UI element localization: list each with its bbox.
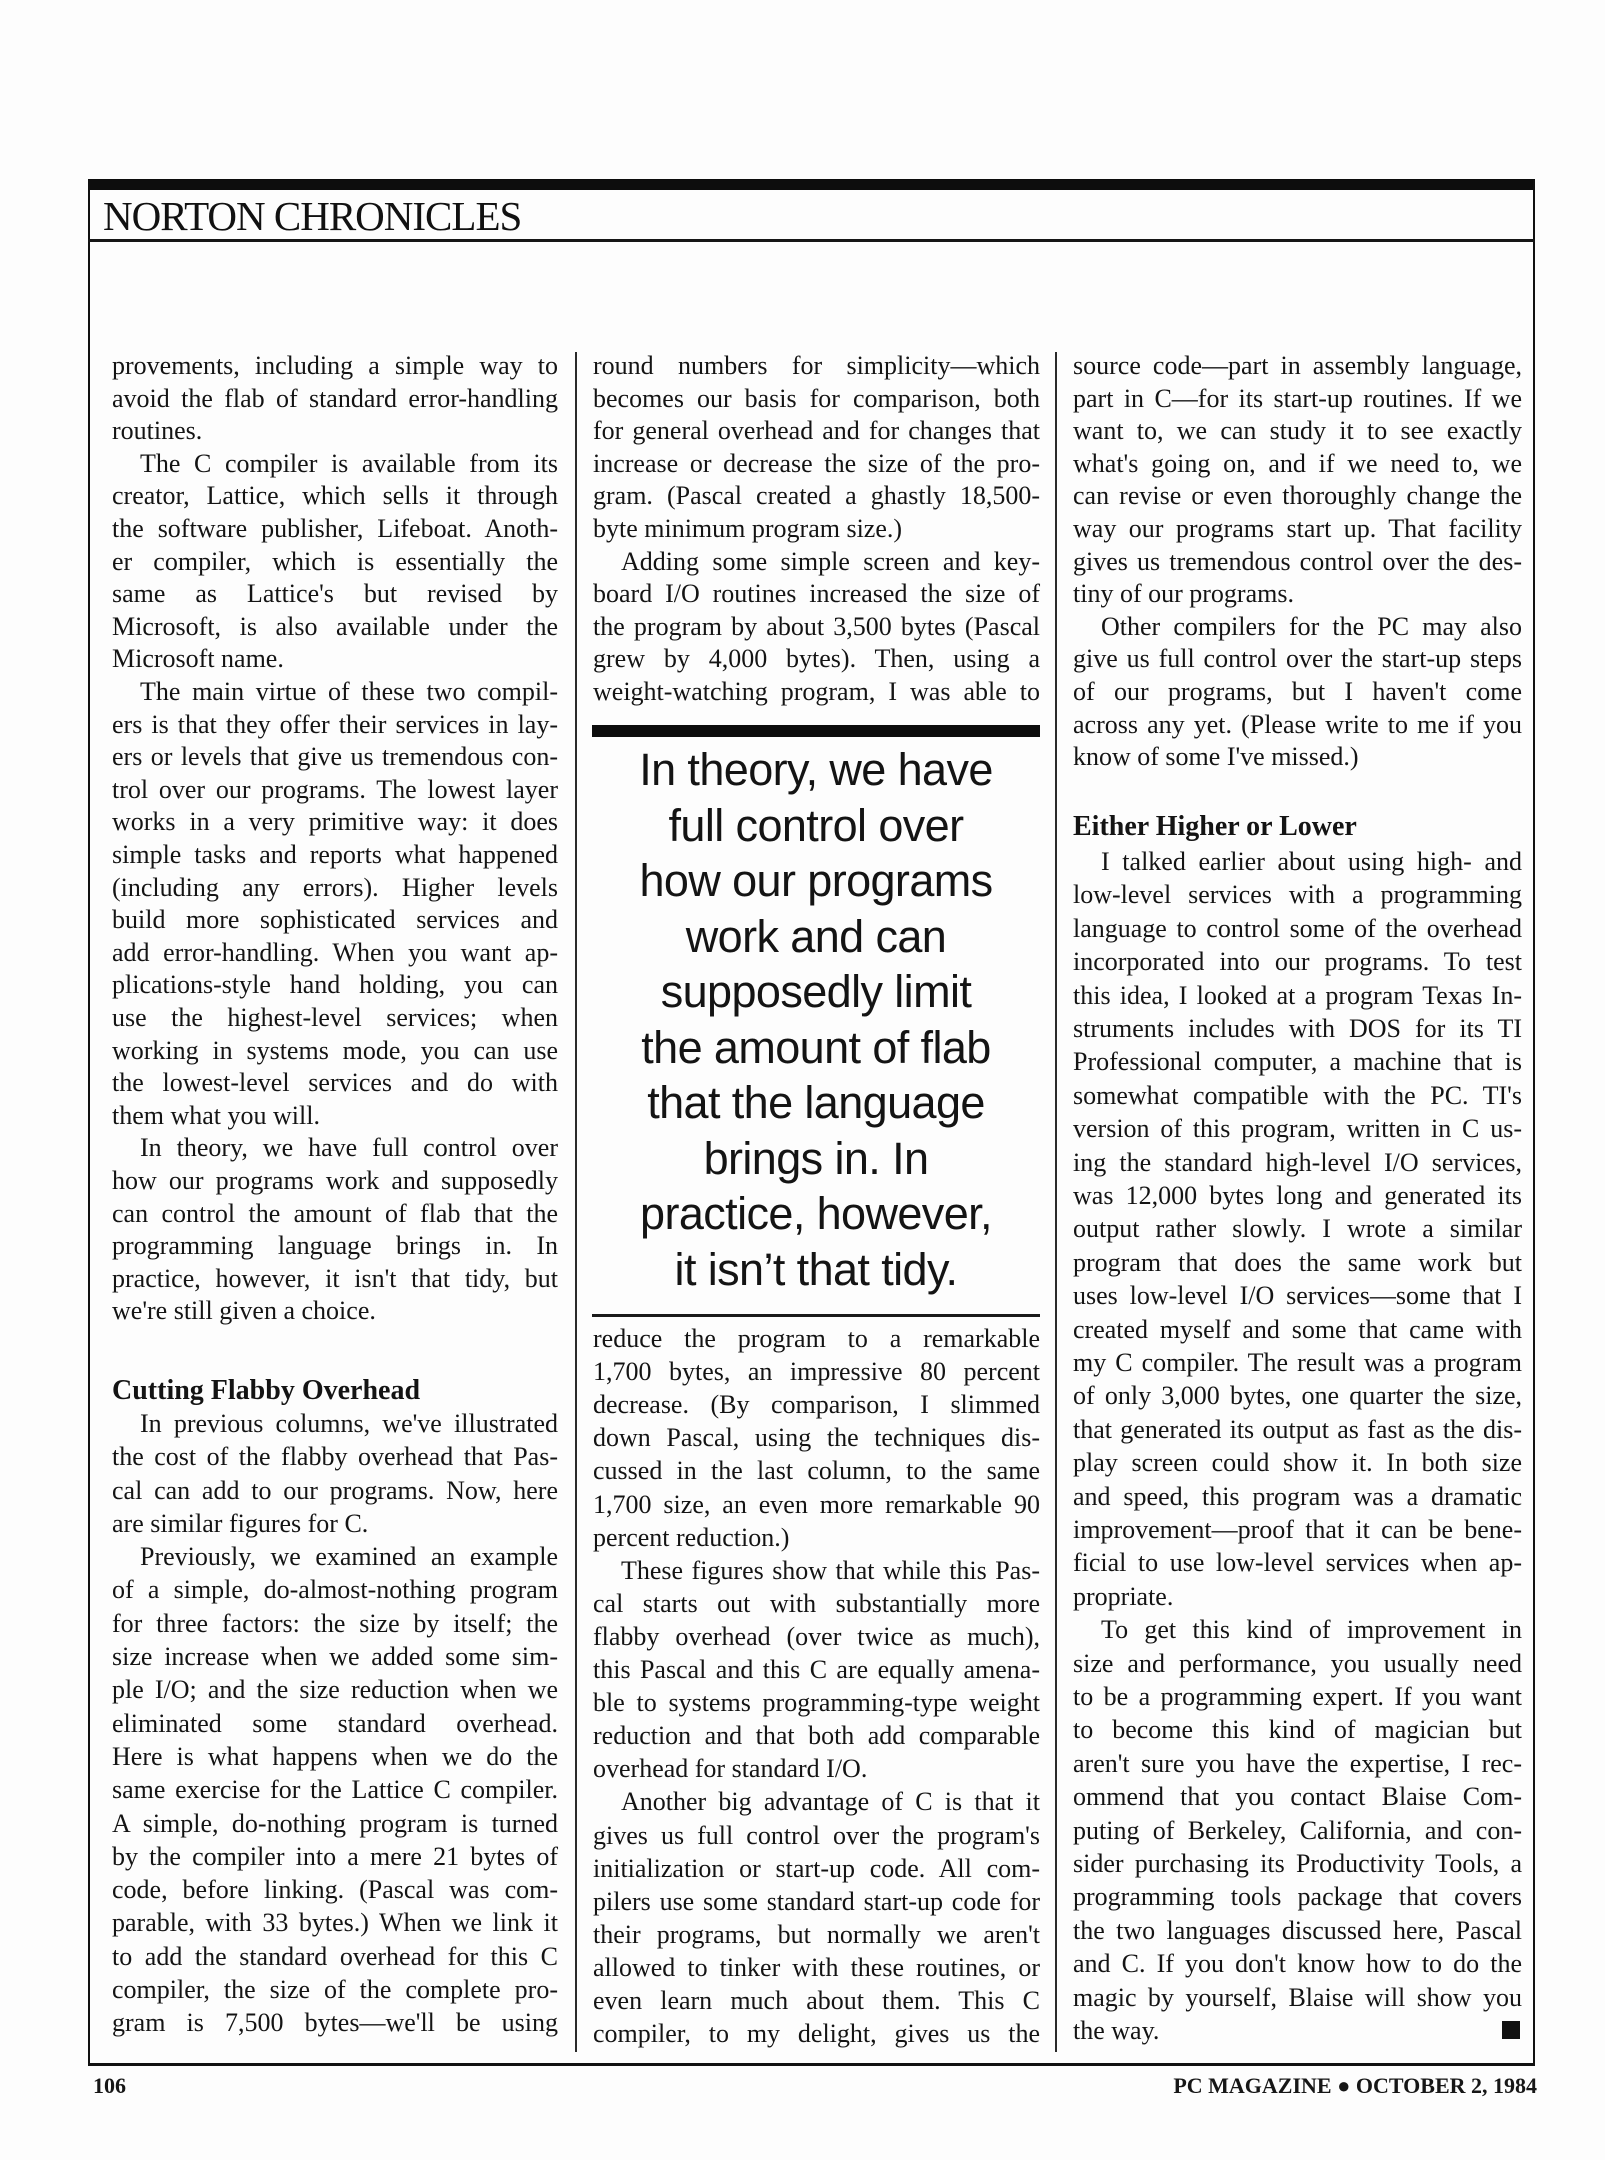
text-line: to add the standard overhead for this C (112, 1941, 558, 1973)
text-line: language to control some of the overhead (1073, 913, 1522, 945)
text-line: created myself and some that came with (1073, 1314, 1522, 1346)
text-line: ommend that you contact Blaise Com- (1073, 1781, 1522, 1813)
text-line: code, before linking. (Pascal was com- (112, 1874, 558, 1906)
pull-quote-line: how our programs (592, 853, 1040, 909)
text-line: flabby overhead (over twice as much), (593, 1621, 1040, 1653)
text-line: this idea, I looked at a program Texas I… (1073, 980, 1522, 1012)
text-line: works in a very primitive way: it does (112, 806, 558, 838)
text-line: allowed to tinker with these routines, o… (593, 1952, 1040, 1984)
column-divider-2 (1055, 352, 1057, 2052)
pull-quote-line: work and can (592, 909, 1040, 965)
text-line: this Pascal and this C are equally amena… (593, 1654, 1040, 1686)
text-line: output rather slowly. I wrote a similar (1073, 1213, 1522, 1245)
text-line: programming language brings in. In (112, 1230, 558, 1262)
text-line: improvement—proof that it can be bene- (1073, 1514, 1522, 1546)
text-line: what's going on, and if we need to, we (1073, 448, 1522, 480)
text-line: incorporated into our programs. To test (1073, 946, 1522, 978)
text-line: routines. (112, 415, 558, 447)
text-line: working in systems mode, you can use (112, 1035, 558, 1067)
text-line: eliminated some standard overhead. (112, 1708, 558, 1740)
text-line: Here is what happens when we do the (112, 1741, 558, 1773)
pull-quote-line: it isn’t that tidy. (592, 1242, 1040, 1298)
text-line: provements, including a simple way to (112, 350, 558, 382)
text-line: gives us full control over the program's (593, 1820, 1040, 1852)
text-line: that generated its output as fast as the… (1073, 1414, 1522, 1446)
text-line: want to, we can study it to see exactly (1073, 415, 1522, 447)
text-line: decrease. (By comparison, I slimmed (593, 1389, 1040, 1421)
text-line: ficial to use low-level services when ap… (1073, 1547, 1522, 1579)
pull-quote-line: supposedly limit (592, 964, 1040, 1020)
text-line: pilers use some standard start-up code f… (593, 1886, 1040, 1918)
text-line: (including any errors). Higher levels (112, 872, 558, 904)
pull-quote-line: In theory, we have (592, 742, 1040, 798)
text-line: Another big advantage of C is that it (593, 1786, 1040, 1818)
text-line: struments includes with DOS for its TI (1073, 1013, 1522, 1045)
text-line: reduce the program to a remarkable (593, 1323, 1040, 1355)
text-line: gram is 7,500 bytes—we'll be using (112, 2007, 558, 2039)
magazine-page: NORTON CHRONICLES provements, including … (0, 0, 1605, 2160)
page-number: 106 (93, 2073, 126, 2099)
text-line: and speed, this program was a dramatic (1073, 1481, 1522, 1513)
pull-quote-line: practice, however, (592, 1186, 1040, 1242)
text-line: In previous columns, we've illustrated (112, 1408, 558, 1440)
text-line: across any yet. (Please write to me if y… (1073, 709, 1522, 741)
text-line: These figures show that while this Pas- (593, 1555, 1040, 1587)
text-line: and C. If you don't know how to do the (1073, 1948, 1522, 1980)
text-line: the program by about 3,500 bytes (Pascal (593, 611, 1040, 643)
text-line: weight-watching program, I was able to (593, 676, 1040, 708)
text-line: know of some I've missed.) (1073, 741, 1522, 773)
text-line: ble to systems programming-type weight (593, 1687, 1040, 1719)
text-line: round numbers for simplicity—which (593, 350, 1040, 382)
text-line: of only 3,000 bytes, one quarter the siz… (1073, 1380, 1522, 1412)
text-line: propriate. (1073, 1581, 1522, 1613)
text-line: same exercise for the Lattice C compiler… (112, 1774, 558, 1806)
text-line: are similar figures for C. (112, 1508, 558, 1540)
text-line: part in C—for its start-up routines. If … (1073, 383, 1522, 415)
text-line: cussed in the last column, to the same (593, 1455, 1040, 1487)
text-line: puting of Berkeley, California, and con- (1073, 1815, 1522, 1847)
text-line: gram. (Pascal created a ghastly 18,500- (593, 480, 1040, 512)
publication-date-line: PC MAGAZINE ● OCTOBER 2, 1984 (1173, 2073, 1537, 2099)
text-line: to become this kind of magician but (1073, 1714, 1522, 1746)
text-line: 1,700 bytes, an impressive 80 percent (593, 1356, 1040, 1388)
text-line: can control the amount of flab that the (112, 1198, 558, 1230)
text-line: we're still given a choice. (112, 1295, 558, 1327)
text-line: Microsoft name. (112, 643, 558, 675)
section-title: NORTON CHRONICLES (103, 192, 521, 240)
text-line: Adding some simple screen and key- (593, 546, 1040, 578)
text-line: size and performance, you usually need (1073, 1648, 1522, 1680)
text-line: for three factors: the size by itself; t… (112, 1608, 558, 1640)
text-line: the lowest-level services and do with (112, 1067, 558, 1099)
text-line: magic by yourself, Blaise will show you (1073, 1982, 1522, 2014)
text-line: of our programs, but I haven't come (1073, 676, 1522, 708)
pull-quote-line: that the language (592, 1075, 1040, 1131)
text-line: the two languages discussed here, Pascal (1073, 1915, 1522, 1947)
text-line: creator, Lattice, which sells it through (112, 480, 558, 512)
text-line: board I/O routines increased the size of (593, 578, 1040, 610)
text-line: build more sophisticated services and (112, 904, 558, 936)
text-line: plications-style hand holding, you can (112, 969, 558, 1001)
text-line: their programs, but normally we aren't (593, 1919, 1040, 1951)
text-line: Other compilers for the PC may also (1073, 611, 1522, 643)
text-line: ple I/O; and the size reduction when we (112, 1674, 558, 1706)
pull-quote-line: the amount of flab (592, 1020, 1040, 1076)
text-line: by the compiler into a mere 21 bytes of (112, 1841, 558, 1873)
text-line: Previously, we examined an example (112, 1541, 558, 1573)
text-line: er compiler, which is essentially the (112, 546, 558, 578)
pull-quote-line: brings in. In (592, 1131, 1040, 1187)
text-line: low-level services with a programming (1073, 879, 1522, 911)
text-line: ers is that they offer their services in… (112, 709, 558, 741)
text-line: compiler, the size of the complete pro- (112, 1974, 558, 2006)
text-line: somewhat compatible with the PC. TI's (1073, 1080, 1522, 1112)
text-line: I talked earlier about using high- and (1073, 846, 1522, 878)
text-line: Professional computer, a machine that is (1073, 1046, 1522, 1078)
section-heading: Cutting Flabby Overhead (112, 1374, 420, 1408)
text-line: programming tools package that covers (1073, 1881, 1522, 1913)
pull-quote-line: full control over (592, 798, 1040, 854)
text-line: the way. (1073, 2015, 1522, 2047)
text-line: tiny of our programs. (1073, 578, 1522, 610)
text-line: down Pascal, using the techniques dis- (593, 1422, 1040, 1454)
text-line: The main virtue of these two compil- (112, 676, 558, 708)
text-line: was 12,000 bytes long and generated its (1073, 1180, 1522, 1212)
text-line: compiler, to my delight, gives us the (593, 2018, 1040, 2050)
text-line: use the highest-level services; when (112, 1002, 558, 1034)
text-line: the cost of the flabby overhead that Pas… (112, 1441, 558, 1473)
text-line: In theory, we have full control over (112, 1132, 558, 1164)
text-line: add error-handling. When you want ap- (112, 937, 558, 969)
text-line: my C compiler. The result was a program (1073, 1347, 1522, 1379)
text-line: 1,700 size, an even more remarkable 90 (593, 1489, 1040, 1521)
text-line: can revise or even thoroughly change the (1073, 480, 1522, 512)
text-line: how our programs work and supposedly (112, 1165, 558, 1197)
text-line: cal starts out with substantially more (593, 1588, 1040, 1620)
text-line: parable, with 33 bytes.) When we link it (112, 1907, 558, 1939)
text-line: ing the standard high-level I/O services… (1073, 1147, 1522, 1179)
section-heading: Either Higher or Lower (1073, 810, 1357, 844)
text-line: percent reduction.) (593, 1522, 1040, 1554)
text-line: give us full control over the start-up s… (1073, 643, 1522, 675)
text-line: the software publisher, Lifeboat. Anoth- (112, 513, 558, 545)
text-line: The C compiler is available from its (112, 448, 558, 480)
text-line: cal can add to our programs. Now, here (112, 1475, 558, 1507)
text-line: trol over our programs. The lowest layer (112, 774, 558, 806)
text-line: source code—part in assembly language, (1073, 350, 1522, 382)
text-line: becomes our basis for comparison, both (593, 383, 1040, 415)
text-line: to be a programming expert. If you want (1073, 1681, 1522, 1713)
pull-quote-bottom-rule (592, 1314, 1040, 1317)
text-line: of a simple, do-almost-nothing program (112, 1574, 558, 1606)
text-line: version of this program, written in C us… (1073, 1113, 1522, 1145)
text-line: reduction and that both add comparable (593, 1720, 1040, 1752)
text-line: uses low-level I/O services—some that I (1073, 1280, 1522, 1312)
text-line: gives us tremendous control over the des… (1073, 546, 1522, 578)
title-rule (88, 239, 1535, 242)
pull-quote-top-bar (592, 725, 1040, 737)
text-line: increase or decrease the size of the pro… (593, 448, 1040, 480)
text-line: avoid the flab of standard error-handlin… (112, 383, 558, 415)
text-line: Microsoft, is also available under the (112, 611, 558, 643)
end-of-article-mark-icon (1502, 2021, 1520, 2039)
text-line: overhead for standard I/O. (593, 1753, 1040, 1785)
text-line: way our programs start up. That facility (1073, 513, 1522, 545)
text-line: To get this kind of improvement in (1073, 1614, 1522, 1646)
text-line: byte minimum program size.) (593, 513, 1040, 545)
text-line: simple tasks and reports what happened (112, 839, 558, 871)
text-line: program that does the same work but (1073, 1247, 1522, 1279)
text-line: ers or levels that give us tremendous co… (112, 741, 558, 773)
text-line: play screen could show it. In both size (1073, 1447, 1522, 1479)
text-line: A simple, do-nothing program is turned (112, 1808, 558, 1840)
text-line: sider purchasing its Productivity Tools,… (1073, 1848, 1522, 1880)
text-line: practice, however, it isn't that tidy, b… (112, 1263, 558, 1295)
text-line: them what you will. (112, 1100, 558, 1132)
text-line: initialization or start-up code. All com… (593, 1853, 1040, 1885)
text-line: for general overhead and for changes tha… (593, 415, 1040, 447)
text-line: grew by 4,000 bytes). Then, using a (593, 643, 1040, 675)
text-line: same as Lattice's but revised by (112, 578, 558, 610)
text-line: size increase when we added some sim- (112, 1641, 558, 1673)
text-line: even learn much about them. This C (593, 1985, 1040, 2017)
column-divider-1 (575, 352, 577, 2052)
text-line: aren't sure you have the expertise, I re… (1073, 1748, 1522, 1780)
